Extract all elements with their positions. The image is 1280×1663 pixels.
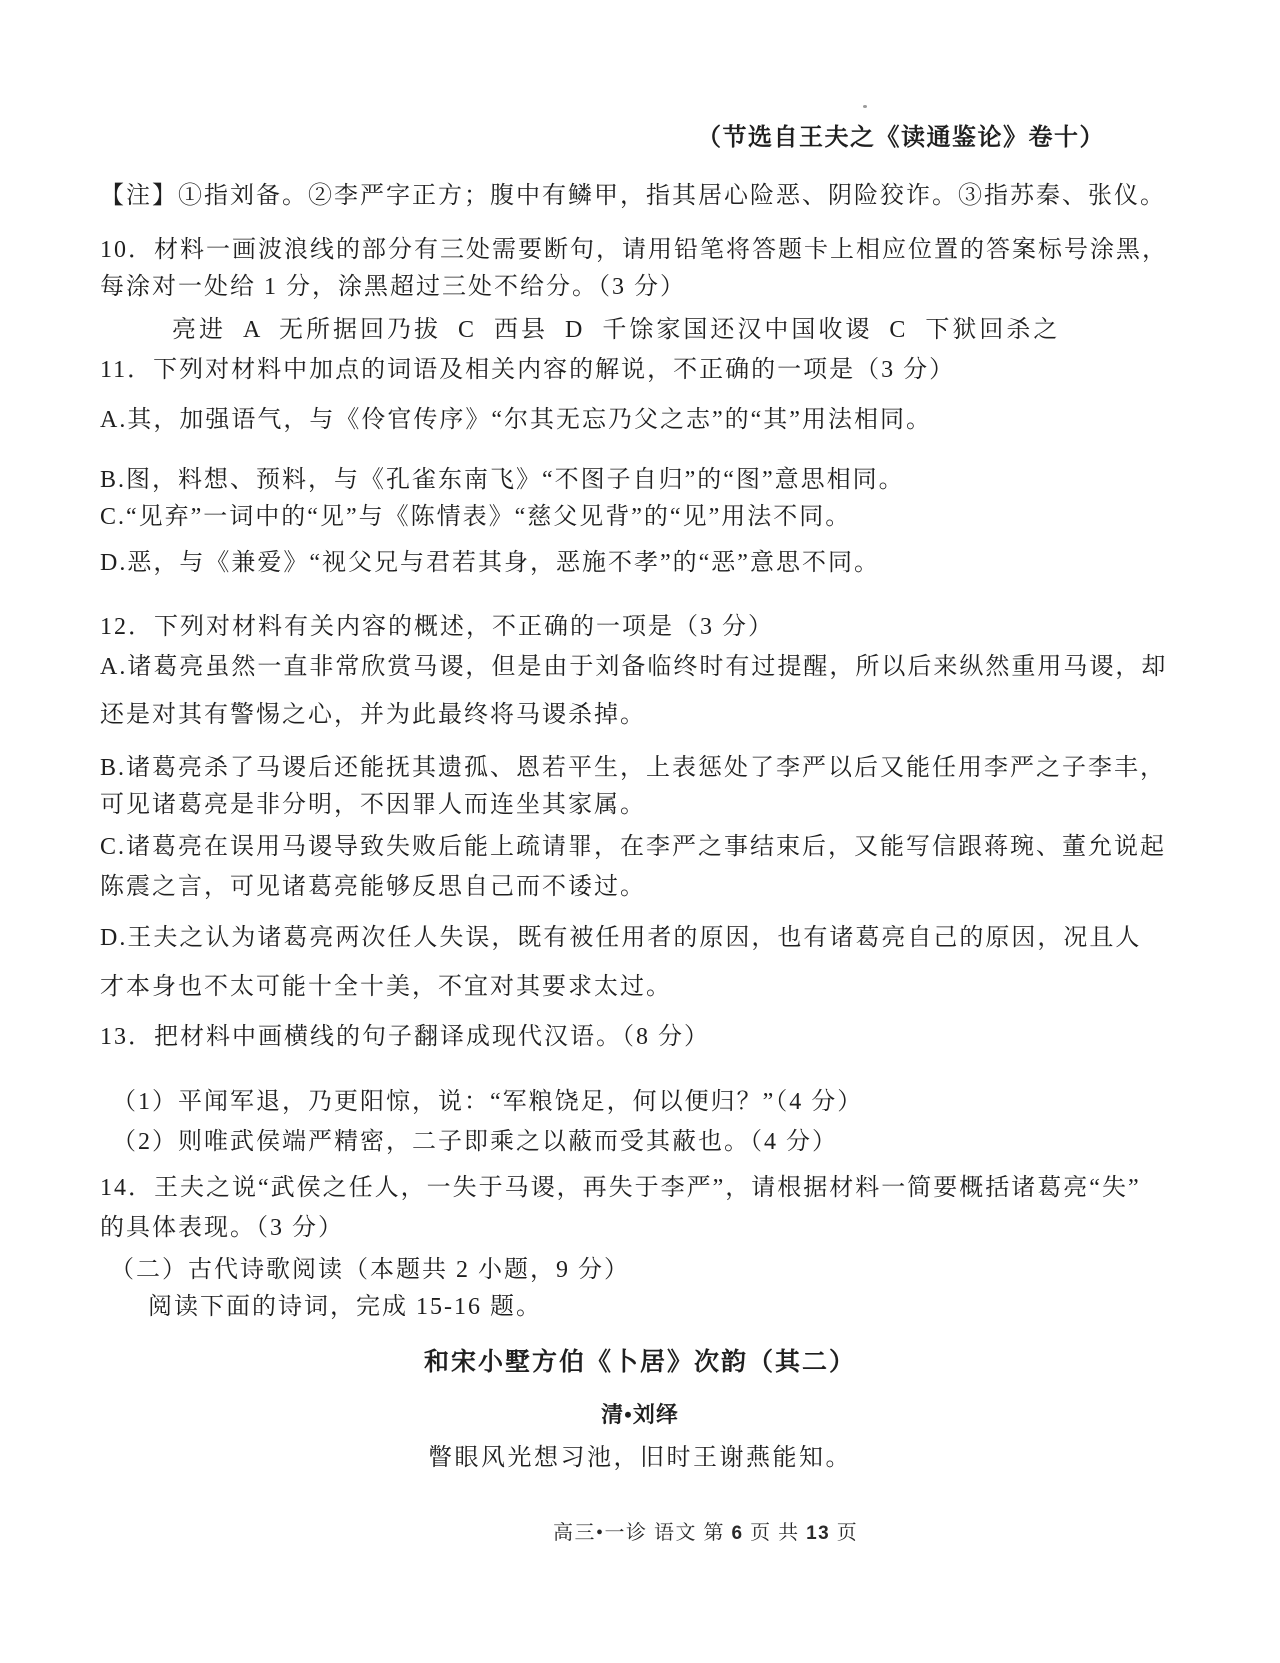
q12-option-a-line2: 还是对其有警惕之心，并为此最终将马谡杀掉。 (100, 698, 646, 732)
poem-author: 清•刘绎 (0, 1398, 1280, 1432)
q10-stem-line1: 10．材料一画波浪线的部分有三处需要断句，请用铅笔将答题卡上相应位置的答案标号涂… (100, 233, 1168, 267)
q13-item2: （2）则唯武侯端严精密，二子即乘之以蔽而受其蔽也。（4 分） (112, 1125, 838, 1159)
footer-page-number: 6 (732, 1523, 744, 1544)
q12-option-d-line1: D.王夫之认为诸葛亮两次任人失误，既有被任用者的原因，也有诸葛亮自己的原因，况且… (100, 921, 1141, 955)
q11-option-b: B.图，料想、预料，与《孔雀东南飞》“不图子自归”的“图”意思相同。 (100, 463, 905, 497)
section2-heading: （二）古代诗歌阅读（本题共 2 小题，9 分） (110, 1253, 630, 1287)
q10-stem-line2: 每涂对一处给 1 分，涂黑超过三处不给分。（3 分） (100, 270, 686, 304)
q13-stem: 13．把材料中画横线的句子翻译成现代汉语。（8 分） (100, 1020, 710, 1054)
scan-speck-artifact (863, 105, 867, 108)
q12-stem: 12．下列对材料有关内容的概述，不正确的一项是（3 分） (100, 610, 774, 644)
q14-stem-line1: 14．王夫之说“武侯之任人，一失于马谡，再失于李严”，请根据材料一简要概括诸葛亮… (100, 1171, 1141, 1205)
q14-stem-line2: 的具体表现。（3 分） (100, 1211, 344, 1245)
q12-option-b-line2: 可见诸葛亮是非分明，不因罪人而连坐其家属。 (100, 788, 646, 822)
footer-total-pages: 13 (806, 1523, 830, 1544)
q10-punctuation-sentence: 亮进 A 无所据回乃拔 C 西县 D 千馀家国还汉中国收谡 C 下狱回杀之 (172, 313, 1060, 347)
q12-option-a-line1: A.诸葛亮虽然一直非常欣赏马谡，但是由于刘备临终时有过提醒，所以后来纵然重用马谡… (100, 650, 1167, 684)
poem-verse-line: 瞥眼风光想习池，旧时王谢燕能知。 (0, 1441, 1280, 1475)
source-attribution: （节选自王夫之《读通鉴论》卷十） (100, 121, 1105, 155)
q11-option-c: C.“见弃”一词中的“见”与《陈情表》“慈父见背”的“见”用法不同。 (100, 500, 851, 534)
q11-stem: 11．下列对材料中加点的词语及相关内容的解说，不正确的一项是（3 分） (100, 353, 955, 387)
section2-instruction: 阅读下面的诗词，完成 15-16 题。 (148, 1290, 542, 1324)
q12-option-c-line1: C.诸葛亮在误用马谡导致失败后能上疏请罪，在李严之事结束后，又能写信跟蒋琬、董允… (100, 830, 1166, 864)
footer-page-prefix: 第 (704, 1522, 726, 1544)
q12-option-c-line2: 陈震之言，可见诸葛亮能够反思自己而不诿过。 (100, 870, 646, 904)
poem-title: 和宋小墅方伯《卜居》次韵（其二） (0, 1346, 1280, 1380)
q11-option-a: A.其，加强语气，与《伶官传序》“尔其无忘乃父之志”的“其”用法相同。 (100, 403, 932, 437)
page-footer: 高三•一诊 语文 第 6 页 共 13 页 (553, 1516, 858, 1551)
exam-page: （节选自王夫之《读通鉴论》卷十） 【注】①指刘备。②李严字正方；腹中有鳞甲，指其… (0, 0, 1280, 1663)
q12-option-d-line2: 才本身也不太可能十全十美，不宜对其要求太过。 (100, 970, 672, 1004)
footer-page-mid: 页 共 (750, 1522, 800, 1544)
q12-option-b-line1: B.诸葛亮杀了马谡后还能抚其遗孤、恩若平生，上表惩处了李严以后又能任用李严之子李… (100, 751, 1166, 785)
footer-page-suffix: 页 (837, 1522, 859, 1544)
note-line: 【注】①指刘备。②李严字正方；腹中有鳞甲，指其居心险恶、阴险狡诈。③指苏秦、张仪… (100, 179, 1166, 213)
q11-option-d: D.恶，与《兼爱》“视父兄与君若其身，恶施不孝”的“恶”意思不同。 (100, 546, 880, 580)
q13-item1: （1）平闻军退，乃更阳惊，说：“军粮饶足，何以便归？”（4 分） (112, 1085, 863, 1119)
footer-exam-label: 高三•一诊 语文 (553, 1522, 697, 1544)
